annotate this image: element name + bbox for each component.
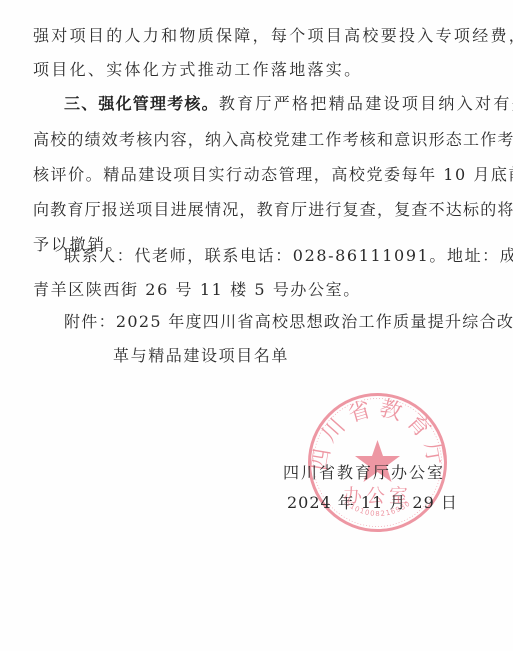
attachment-line-cont: 革与精品建设项目名单: [113, 346, 289, 366]
paragraph-line: 核评价。精品建设项目实行动态管理，高校党委每年 10 月底前: [33, 165, 513, 185]
paragraph-line: 高校的绩效考核内容，纳入高校党建工作考核和意识形态工作考: [33, 130, 513, 150]
issue-date: 2024 年 11 月 29 日: [287, 493, 458, 513]
address-line: 青羊区陕西街 26 号 11 楼 5 号办公室。: [33, 280, 361, 300]
document-page: 强对项目的人力和物质保障，每个项目高校要投入专项经费，以 项目化、实体化方式推动…: [0, 0, 513, 651]
paragraph-line: 向教育厅报送项目进展情况，教育厅进行复查，复查不达标的将: [33, 200, 513, 220]
section-heading: 三、强化管理考核。: [64, 94, 219, 113]
section-3-first-line: 三、强化管理考核。教育厅严格把精品建设项目纳入对有关: [64, 94, 513, 114]
issuer-name: 四川省教育厅办公室: [283, 463, 445, 483]
paragraph-text: 教育厅严格把精品建设项目纳入对有关: [219, 94, 513, 113]
paragraph-line: 强对项目的人力和物质保障，每个项目高校要投入专项经费，以: [33, 26, 513, 46]
paragraph-line: 项目化、实体化方式推动工作落地落实。: [33, 60, 362, 80]
contact-line: 联系人：代老师，联系电话：028-86111091。地址：成都市: [64, 246, 513, 266]
attachment-line: 附件：2025 年度四川省高校思想政治工作质量提升综合改: [64, 312, 513, 332]
attachment-label: 附件：: [64, 312, 116, 331]
attachment-title: 2025 年度四川省高校思想政治工作质量提升综合改: [116, 312, 513, 331]
